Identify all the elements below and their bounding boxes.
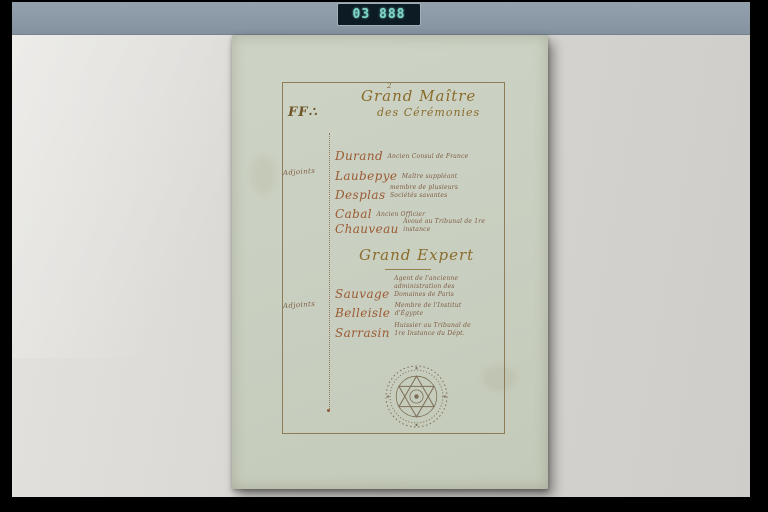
ff-abbreviation: FF∴ bbox=[288, 105, 318, 120]
officer-note: Avoué au Tribunal de 1re instance bbox=[403, 218, 489, 234]
masonic-star-seal-icon bbox=[383, 363, 450, 430]
officer-note: Agent de l'ancienne administration des D… bbox=[394, 275, 480, 299]
officer-entry: Chauveau Avoué au Tribunal de 1re instan… bbox=[335, 218, 501, 238]
manuscript-page: 2 FF∴ Grand Maître des Cérémonies Adjoin… bbox=[232, 35, 548, 489]
officer-name: Laubepye bbox=[335, 169, 397, 183]
officer-entry: Laubepye Maître suppléant bbox=[335, 167, 501, 185]
copy-stand-bar: 03 888 bbox=[12, 2, 750, 35]
frame-counter-display: 03 888 bbox=[337, 3, 421, 26]
officer-note: Membre de l'Institut d'Égypte bbox=[395, 302, 481, 318]
officer-note: membre de plusieurs Sociétés savantes bbox=[390, 184, 476, 200]
ruled-border: 2 FF∴ Grand Maître des Cérémonies Adjoin… bbox=[282, 82, 505, 434]
adjoints-label-section2: Adjoints bbox=[283, 300, 316, 310]
section1-title-line1: Grand Maître bbox=[361, 87, 476, 105]
section2-title: Grand Expert bbox=[359, 246, 474, 264]
guide-line bbox=[329, 133, 330, 411]
officer-name: Sauvage bbox=[335, 287, 390, 301]
paper-stain bbox=[250, 155, 276, 195]
officer-name: Desplas bbox=[335, 188, 386, 202]
officer-note: Huissier au Tribunal de 1re Instance du … bbox=[394, 322, 480, 338]
officer-entry: Durand Ancien Consul de France bbox=[335, 147, 501, 165]
section1-title-line2: des Cérémonies bbox=[377, 106, 480, 119]
counter-digits: 03 888 bbox=[353, 7, 406, 22]
officer-note: Maître suppléant bbox=[402, 173, 488, 181]
officer-entry: Sarrasin Huissier au Tribunal de 1re Ins… bbox=[335, 322, 501, 342]
officer-name: Durand bbox=[335, 149, 383, 163]
officer-note: Ancien Consul de France bbox=[388, 153, 474, 161]
officer-entry: Belleisle Membre de l'Institut d'Égypte bbox=[335, 302, 501, 322]
guide-line-end-dot bbox=[327, 409, 330, 412]
officer-entry: Sauvage Agent de l'ancienne administrati… bbox=[335, 275, 501, 303]
adjoints-label-section1: Adjoints bbox=[283, 167, 316, 177]
officer-name: Sarrasin bbox=[335, 326, 390, 340]
section2-title-underline bbox=[385, 269, 431, 270]
officer-entry: Desplas membre de plusieurs Sociétés sav… bbox=[335, 184, 501, 204]
officer-name: Chauveau bbox=[335, 222, 399, 236]
photo-stage: 03 888 2 FF∴ Grand Maître des Cérémonies… bbox=[0, 0, 768, 512]
officer-name: Belleisle bbox=[335, 306, 390, 320]
